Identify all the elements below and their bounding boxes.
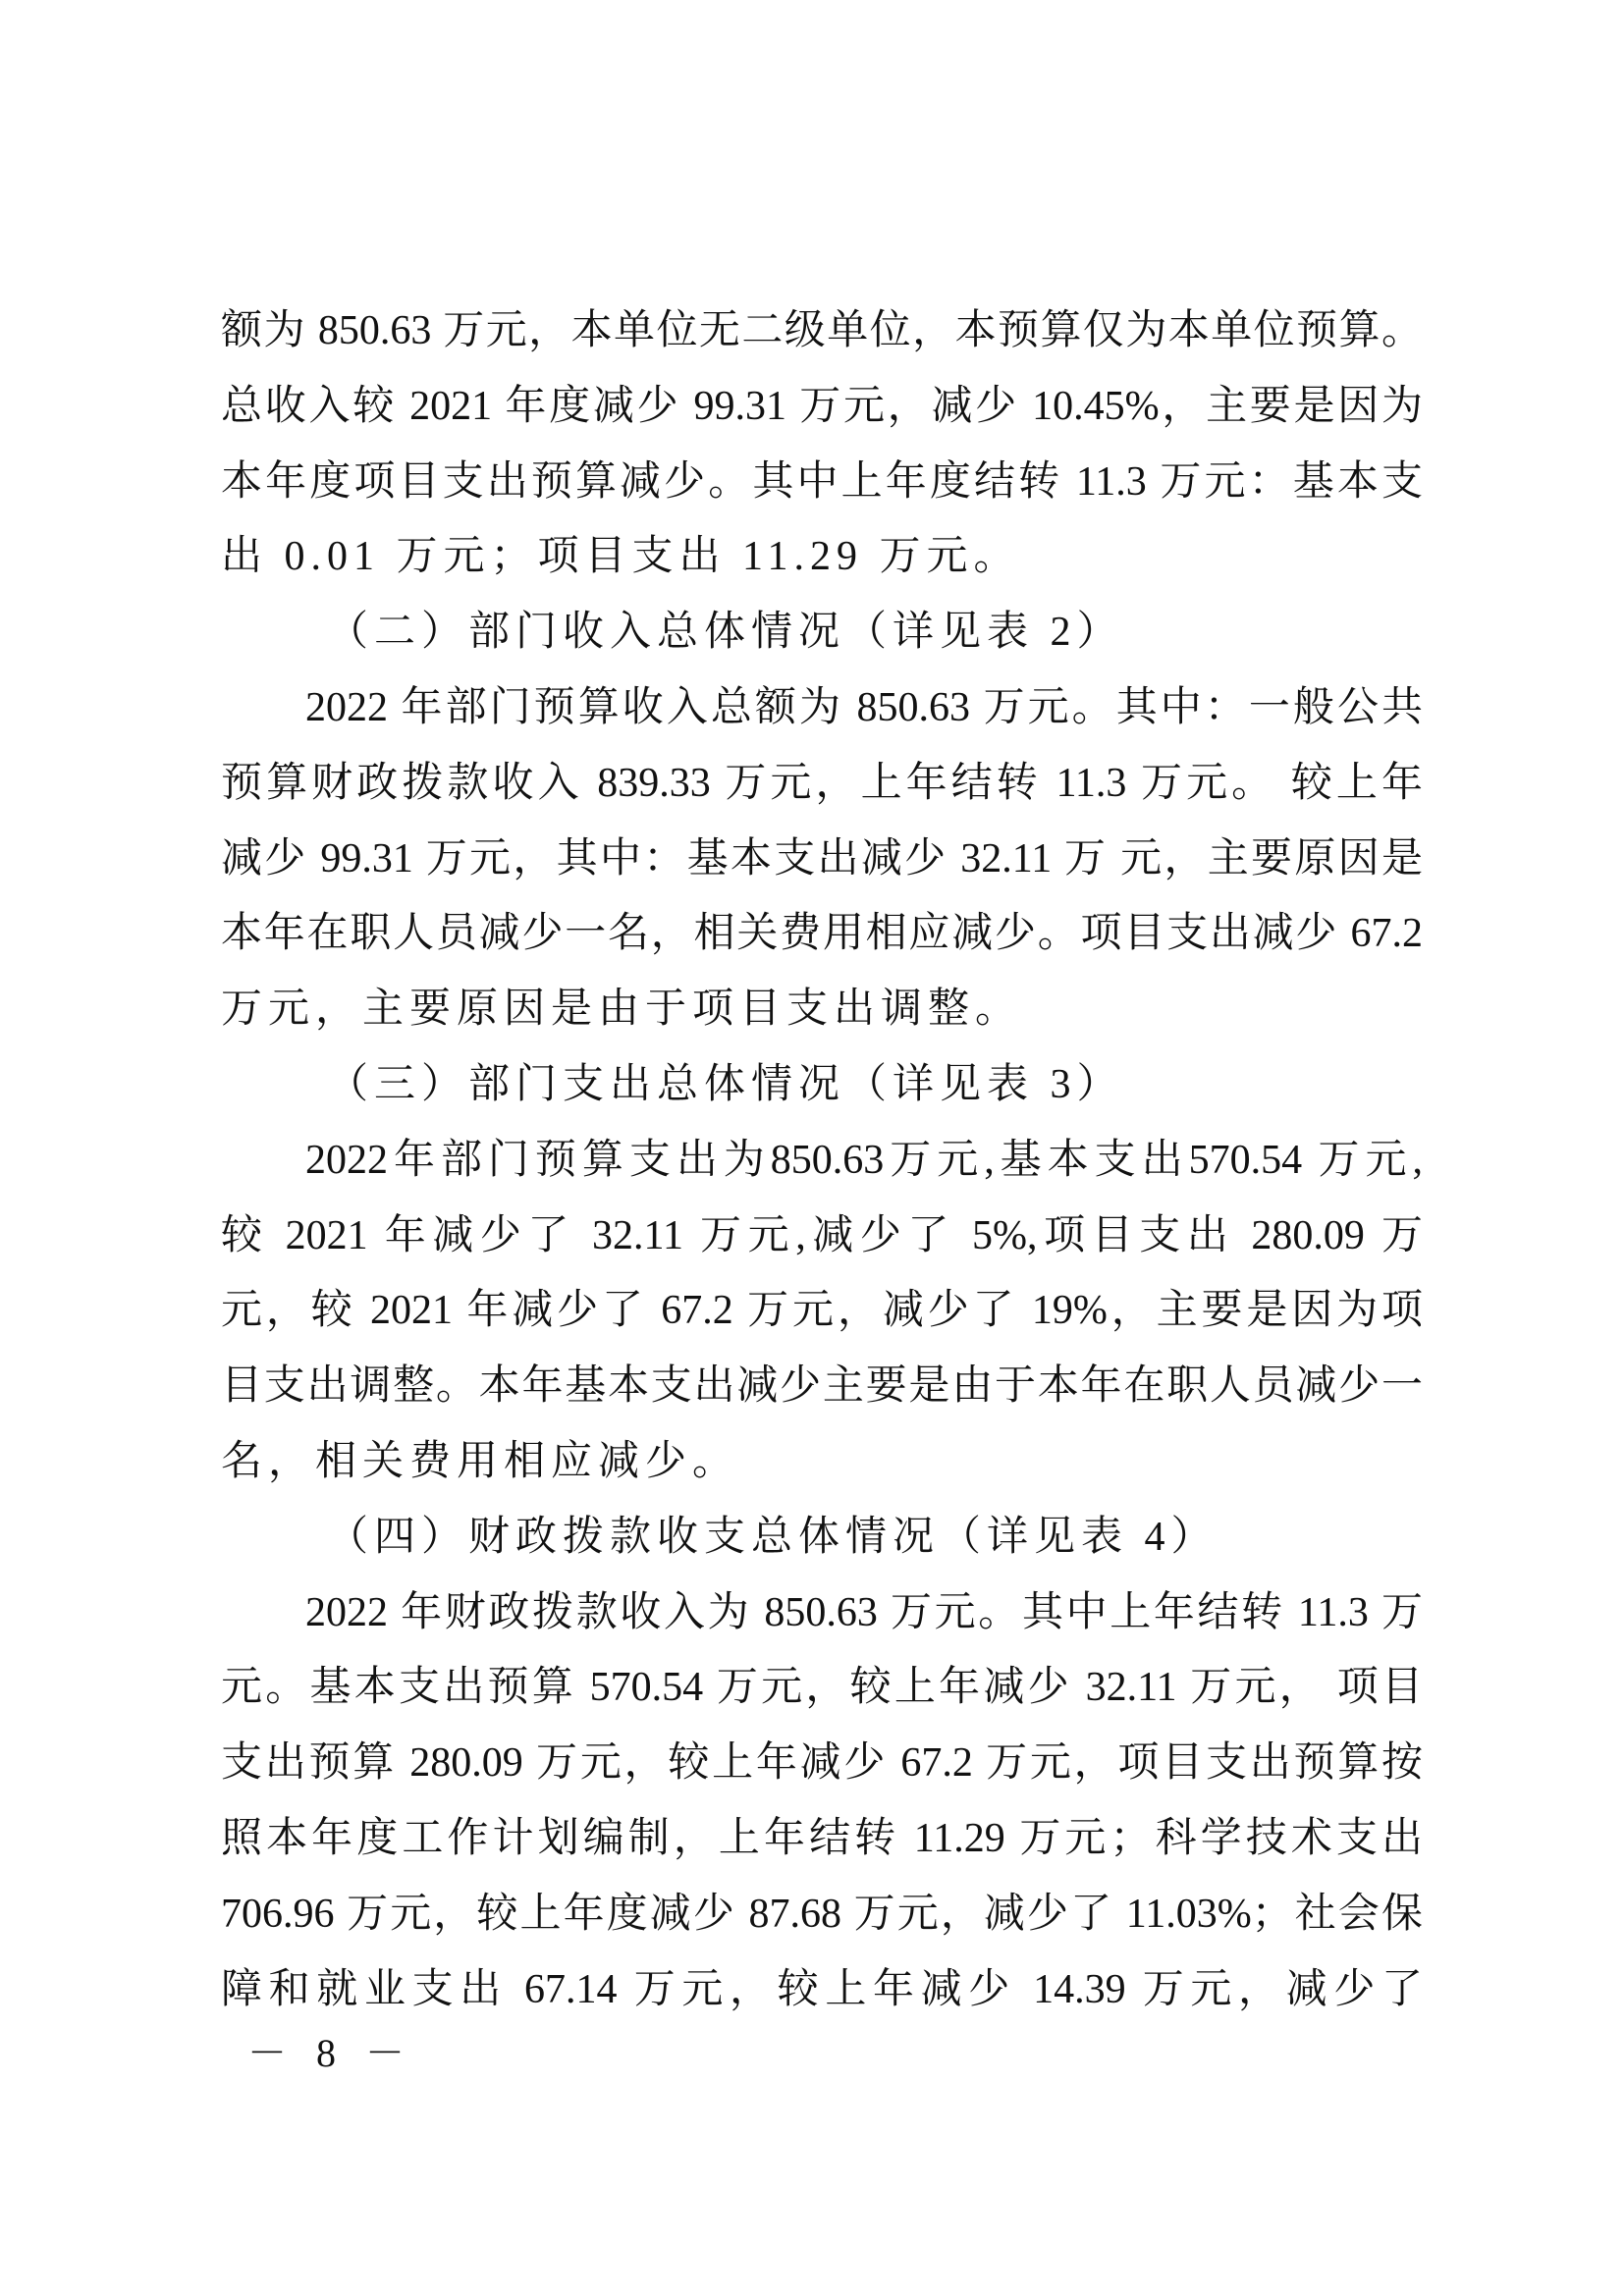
text-line: 障和就业支出 67.14 万元，较上年减少 14.39 万元，减少了: [221, 1952, 1423, 2028]
text-line: 元。基本支出预算 570.54 万元，较上年减少 32.11 万元， 项目: [221, 1650, 1423, 1726]
text-line: 2022年部门预算支出为850.63万元,基本支出570.54 万元,: [221, 1123, 1423, 1199]
text-line: 总收入较 2021 年度减少 99.31 万元，减少 10.45%，主要是因为: [221, 369, 1423, 445]
text-line: 名，相关费用相应减少。: [221, 1424, 1423, 1500]
text-line: 预算财政拨款收入 839.33 万元，上年结转 11.3 万元。 较上年: [221, 746, 1423, 822]
section-heading-4: （四）财政拨款收支总体情况（详见表 4）: [221, 1500, 1423, 1575]
text-line: 本年在职人员减少一名，相关费用相应减少。项目支出减少 67.2: [221, 896, 1423, 972]
document-body: 额为 850.63 万元，本单位无二级单位，本预算仅为本单位预算。 总收入较 2…: [221, 294, 1423, 2027]
text-line: 出 0.01 万元；项目支出 11.29 万元。: [221, 519, 1423, 595]
text-line: 本年度项目支出预算减少。其中上年度结转 11.3 万元：基本支: [221, 445, 1423, 520]
text-line: 较 2021 年减少了 32.11 万元,减少了 5%,项目支出 280.09 …: [221, 1199, 1423, 1274]
text-line: 减少 99.31 万元，其中：基本支出减少 32.11 万 元，主要原因是: [221, 822, 1423, 897]
text-line: 照本年度工作计划编制，上年结转 11.29 万元；科学技术支出: [221, 1801, 1423, 1877]
text-line: 2022 年财政拨款收入为 850.63 万元。其中上年结转 11.3 万: [221, 1575, 1423, 1651]
text-line: 万元，主要原因是由于项目支出调整。: [221, 972, 1423, 1047]
text-line: 706.96 万元，较上年度减少 87.68 万元，减少了 11.03%；社会保: [221, 1877, 1423, 1952]
text-line: 2022 年部门预算收入总额为 850.63 万元。其中：一般公共: [221, 670, 1423, 746]
text-line: 支出预算 280.09 万元，较上年减少 67.2 万元，项目支出预算按: [221, 1726, 1423, 1801]
text-line: 元，较 2021 年减少了 67.2 万元，减少了 19%，主要是因为项: [221, 1273, 1423, 1349]
section-heading-3: （三）部门支出总体情况（详见表 3）: [221, 1047, 1423, 1123]
text-line: 目支出调整。本年基本支出减少主要是由于本年在职人员减少一: [221, 1349, 1423, 1424]
section-heading-2: （二）部门收入总体情况（详见表 2）: [221, 595, 1423, 670]
page-number: － 8 －: [247, 2032, 414, 2075]
text-line: 额为 850.63 万元，本单位无二级单位，本预算仅为本单位预算。: [221, 294, 1423, 369]
